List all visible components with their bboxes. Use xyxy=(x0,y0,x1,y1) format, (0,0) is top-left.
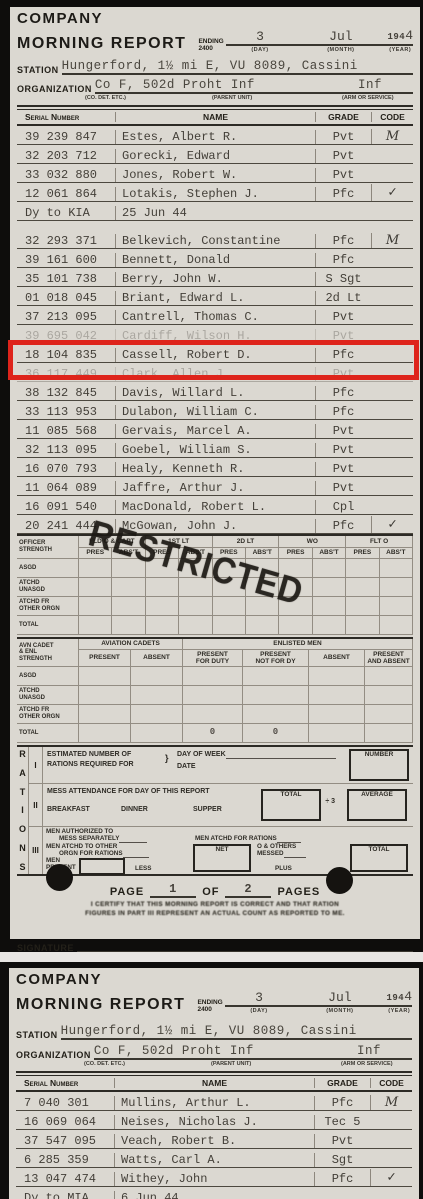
rations-rail-letter: S xyxy=(19,862,25,872)
page-number: 1 xyxy=(150,882,196,898)
serial-cell: 39 161 600 xyxy=(17,253,115,267)
roster-header-2: Serial Number NAME GRADE CODE xyxy=(16,1076,412,1092)
certification-line-2: FIGURES IN PART III REPRESENT AN ACTUAL … xyxy=(17,909,413,918)
day-of-week-label: DAY OF WEEK xyxy=(177,751,336,759)
station-value: Hungerford, 1½ mi E, VU 8089, Cassini xyxy=(62,59,413,75)
roster-group-a: 39 239 847Estes, Albert R.PvtM32 203 712… xyxy=(17,126,413,221)
grade-cell: S Sgt xyxy=(315,272,371,286)
signature-row: SIGNATURE xyxy=(17,943,413,952)
organization-service: Inf xyxy=(327,78,413,94)
strength-cell xyxy=(131,705,183,724)
year-sublabel-2: (YEAR) xyxy=(386,1008,412,1014)
serial-cell: 35 101 738 xyxy=(17,272,115,286)
men-authorized-line2: MESS SEPARATELY xyxy=(59,835,147,843)
parent-unit-sublabel: (PARENT UNIT) xyxy=(212,95,252,101)
strength-cell xyxy=(79,705,131,724)
rations-part-3: III MEN AUTHORIZED TO MESS SEPARATELY ME… xyxy=(29,827,413,874)
table-row: 37 547 095Veach, Robert B.Pvt xyxy=(16,1130,412,1149)
strength-cell xyxy=(309,667,365,686)
table-row: 36 117 449Clark, Allen J.Pvt xyxy=(17,363,413,382)
grade-cell: Pvt xyxy=(315,367,371,381)
strength-cell xyxy=(243,667,309,686)
organization-sublabels: (CO. DET. ETC.) (PARENT UNIT) (ARM OR SE… xyxy=(17,94,413,102)
day-sublabel-2: (DAY) xyxy=(225,1008,294,1014)
table-row: 20 241 444McGowan, John J.Pfc✓ xyxy=(17,515,413,534)
name-cell: Goebel, William S. xyxy=(115,443,315,457)
day-value-2: 3 xyxy=(225,991,294,1007)
grade-cell: Pfc xyxy=(315,187,371,201)
strength-cell xyxy=(79,616,112,635)
serial-cell: 11 085 568 xyxy=(17,424,115,438)
officer-group-header: 2D LT xyxy=(213,536,280,548)
part-2-numeral: II xyxy=(29,784,43,826)
name-cell: MacDonald, Robert L. xyxy=(115,500,315,514)
rations-number-box: NUMBER xyxy=(349,749,409,781)
certification-line-1: I CERTIFY THAT THIS MORNING REPORT IS CO… xyxy=(17,900,413,909)
strength-cell xyxy=(365,686,413,705)
report-title-company-2: COMPANY xyxy=(16,971,412,988)
strength-cell xyxy=(365,724,413,743)
strength-cell xyxy=(380,616,413,635)
mess-average-box: AVERAGE xyxy=(347,789,407,821)
serial-cell: Dy to MIA xyxy=(16,1191,114,1199)
divide-by-3: ÷ 3 xyxy=(325,798,335,805)
supper-label: SUPPER xyxy=(193,806,222,813)
organization-value: Co F, 502d Proht Inf xyxy=(95,78,327,94)
strength-cell xyxy=(112,616,145,635)
station-value-2: Hungerford, 1½ mi E, VU 8089, Cassini xyxy=(61,1024,412,1040)
grade-cell: Pvt xyxy=(315,310,371,324)
serial-cell: 01 018 045 xyxy=(17,291,115,305)
name-column-header: NAME xyxy=(115,112,315,122)
report-title-company: COMPANY xyxy=(17,10,413,27)
serial-cell: 38 132 845 xyxy=(17,386,115,400)
code-cell: ✓ xyxy=(371,516,413,533)
strength-cell xyxy=(346,597,379,616)
strength-cell xyxy=(183,705,243,724)
grade-cell: Pfc xyxy=(315,234,371,248)
serial-cell: 39 695 042 xyxy=(17,329,115,343)
table-row: 16 091 540MacDonald, Robert L.Cpl xyxy=(17,496,413,515)
name-cell: Cassell, Robert D. xyxy=(115,348,315,362)
certification-text: I CERTIFY THAT THIS MORNING REPORT IS CO… xyxy=(17,900,413,919)
strength-cell xyxy=(112,578,145,597)
part-3-numeral: III xyxy=(29,827,43,874)
strength-cell xyxy=(79,578,112,597)
aviation-cadets-header: AVIATION CADETS xyxy=(79,639,183,650)
month-value: Jul xyxy=(294,30,387,46)
officer-strength-title: OFFICER STRENGTH xyxy=(17,536,79,559)
strength-cell xyxy=(183,686,243,705)
name-cell: Healy, Kenneth R. xyxy=(115,462,315,476)
serial-cell: 36 117 449 xyxy=(17,367,115,381)
men-authorized-line1: MEN AUTHORIZED TO xyxy=(46,828,113,835)
date-label: DATE xyxy=(177,763,196,770)
name-cell: Clark, Allen J. xyxy=(115,367,315,381)
organization-value-2: Co F, 502d Proht Inf xyxy=(94,1044,326,1060)
grade-cell: Pvt xyxy=(315,424,371,438)
serial-number-column-header: Serial Number xyxy=(17,112,115,122)
table-row: Dy to KIA25 Jun 44 xyxy=(17,202,413,221)
strength-cell xyxy=(131,686,183,705)
year-sublabel: (YEAR) xyxy=(387,47,413,53)
enlisted-men-header: ENLISTED MEN xyxy=(183,639,413,650)
code-cell: ✓ xyxy=(371,184,413,201)
strength-cell xyxy=(309,686,365,705)
date-year-field: 1944 (YEAR) xyxy=(387,29,413,53)
grade-cell: Pfc xyxy=(315,405,371,419)
table-row: 32 203 712Gorecki, EdwardPvt xyxy=(17,145,413,164)
checkmark: ✓ xyxy=(388,185,396,201)
roster-header-1: Serial Number NAME GRADE CODE xyxy=(17,110,413,126)
strength-cell xyxy=(79,686,131,705)
table-row: 11 085 568Gervais, Marcel A.Pvt xyxy=(17,420,413,439)
grade-cell: Pfc xyxy=(315,386,371,400)
grade-cell: Pvt xyxy=(315,168,371,182)
serial-cell: 11 064 089 xyxy=(17,481,115,495)
serial-cell: 7 040 301 xyxy=(16,1096,114,1110)
pres-abst-header: ABS'T xyxy=(313,548,346,559)
morning-report-page-1: COMPANY MORNING REPORT ENDING 2400 3 (DA… xyxy=(0,0,423,952)
station-label: STATION xyxy=(17,65,59,75)
grade-cell: Sgt xyxy=(314,1153,370,1167)
signature-label: SIGNATURE xyxy=(17,943,74,952)
organization-label: ORGANIZATION xyxy=(17,84,92,94)
table-row: 37 213 095Cantrell, Thomas C.Pvt xyxy=(17,306,413,325)
ending-2400-label-2: ENDING 2400 xyxy=(197,1000,222,1013)
officer-group-header: WO xyxy=(279,536,346,548)
strength-cell: 0 xyxy=(243,724,309,743)
strength-cell xyxy=(79,667,131,686)
day-sublabel: (DAY) xyxy=(226,47,295,53)
handwritten-code: M xyxy=(386,233,399,248)
strength-cell xyxy=(365,705,413,724)
serial-cell: 39 239 847 xyxy=(17,130,115,144)
organization-label-2: ORGANIZATION xyxy=(16,1050,91,1060)
month-sublabel: (MONTH) xyxy=(294,47,387,53)
strength-cell: 0 xyxy=(183,724,243,743)
roster-group-b: 32 293 371Belkevich, ConstantinePfcM39 1… xyxy=(17,230,413,534)
strength-cell xyxy=(279,616,312,635)
rations-section: RATIONS I ESTIMATED NUMBER OF RATIONS RE… xyxy=(17,745,413,876)
strength-cell xyxy=(346,578,379,597)
plus-label: PLUS xyxy=(275,865,292,872)
table-row: 6 285 359Watts, Carl A.Sgt xyxy=(16,1149,412,1168)
arm-or-service-sublabel: (ARM OR SERVICE) xyxy=(342,95,394,101)
name-cell: Cantrell, Thomas C. xyxy=(115,310,315,324)
month-value-2: Jul xyxy=(293,991,386,1007)
table-row: 12 061 864Lotakis, Stephen J.Pfc✓ xyxy=(17,183,413,202)
strength-cell xyxy=(346,616,379,635)
checkmark: ✓ xyxy=(387,1170,395,1186)
table-row: 7 040 301Mullins, Arthur L.PfcM xyxy=(16,1092,412,1111)
serial-cell: 32 113 095 xyxy=(17,443,115,457)
strength-cell xyxy=(309,705,365,724)
rations-part-2: II MESS ATTENDANCE FOR DAY OF THIS REPOR… xyxy=(29,784,413,827)
page-label: PAGE xyxy=(110,886,144,898)
serial-cell: 37 547 095 xyxy=(16,1134,114,1148)
grade-cell: Tec 5 xyxy=(314,1115,370,1129)
rations-rail: RATIONS xyxy=(17,747,29,874)
rations-net-box: NET xyxy=(193,844,251,872)
enlisted-subcol-header: PRESENT AND ABSENT xyxy=(365,650,413,667)
roster-spacer xyxy=(17,221,413,230)
grade-cell: Pvt xyxy=(315,149,371,163)
table-row: 33 113 953Dulabon, William C.Pfc xyxy=(17,401,413,420)
serial-cell: 16 070 793 xyxy=(17,462,115,476)
part-1-numeral: I xyxy=(29,747,43,783)
year-typed: 4 xyxy=(405,28,413,43)
name-cell: Davis, Willard L. xyxy=(115,386,315,400)
men-present-box xyxy=(79,858,125,875)
day-value: 3 xyxy=(226,30,295,46)
grade-cell: Pfc xyxy=(315,519,371,533)
hole-punch-right xyxy=(326,867,353,894)
month-sublabel-2: (MONTH) xyxy=(293,1008,386,1014)
grade-cell: Pvt xyxy=(315,443,371,457)
men-atchd-other-line1: MEN ATCHD TO OTHER xyxy=(46,843,117,850)
name-cell: Mullins, Arthur L. xyxy=(114,1096,314,1110)
strength-cell xyxy=(243,686,309,705)
strength-cell xyxy=(246,616,279,635)
name-cell: Briant, Edward L. xyxy=(115,291,315,305)
grade-cell: Pvt xyxy=(315,462,371,476)
pres-abst-header: PRES xyxy=(346,548,379,559)
name-cell: Watts, Carl A. xyxy=(114,1153,314,1167)
messed-label: MESSED xyxy=(257,850,306,858)
serial-cell: 6 285 359 xyxy=(16,1153,114,1167)
serial-cell: 32 293 371 xyxy=(17,234,115,248)
officer-group-header: FLT O xyxy=(346,536,413,548)
mess-attendance-label: MESS ATTENDANCE FOR DAY OF THIS REPORT xyxy=(47,788,210,795)
table-row: 39 695 042Cardiff, Wilson H.Pvt xyxy=(17,325,413,344)
strength-cell xyxy=(131,667,183,686)
page-line: PAGE 1 OF 2 PAGES xyxy=(17,882,413,898)
mess-total-box: TOTAL xyxy=(261,789,321,821)
of-label: OF xyxy=(202,886,219,898)
strength-row-label: ASGD xyxy=(17,559,79,578)
grade-cell: Pvt xyxy=(315,130,371,144)
report-title-morning-report-2: MORNING REPORT xyxy=(16,996,185,1014)
ending-2400-label: ENDING 2400 xyxy=(198,39,223,52)
table-row: 18 104 835Cassell, Robert D.Pfc xyxy=(17,344,413,363)
dinner-label: DINNER xyxy=(121,806,148,813)
serial-cell: 16 069 064 xyxy=(16,1115,114,1129)
strength-cell xyxy=(131,724,183,743)
paper-1: COMPANY MORNING REPORT ENDING 2400 3 (DA… xyxy=(10,7,420,939)
year-printed-2: 194 xyxy=(386,993,404,1003)
less-label: LESS xyxy=(135,865,151,872)
year-typed-2: 4 xyxy=(404,989,412,1004)
name-cell: 6 Jun 44 xyxy=(114,1191,314,1199)
strength-row-label: ATCHD UNASGD xyxy=(17,578,79,597)
table-row: 32 293 371Belkevich, ConstantinePfcM xyxy=(17,230,413,249)
rations-estimated-line2: RATIONS REQUIRED FOR xyxy=(47,761,134,768)
strength-cell xyxy=(112,597,145,616)
serial-cell: 33 032 880 xyxy=(17,168,115,182)
strength-cell xyxy=(313,597,346,616)
rations-part-1: I ESTIMATED NUMBER OF RATIONS REQUIRED F… xyxy=(29,747,413,784)
rations-rail-letter: N xyxy=(19,843,26,853)
grade-cell: Pvt xyxy=(314,1134,370,1148)
strength-cell xyxy=(79,559,112,578)
strength-cell xyxy=(79,597,112,616)
grade-cell: Pfc xyxy=(314,1096,370,1110)
table-row: 16 069 064Neises, Nicholas J.Tec 5 xyxy=(16,1111,412,1130)
strength-cell xyxy=(243,705,309,724)
o-and-others-label: O & OTHERS xyxy=(257,843,296,850)
grade-cell: Pvt xyxy=(315,481,371,495)
strength-cell xyxy=(79,724,131,743)
name-cell: Lotakis, Stephen J. xyxy=(115,187,315,201)
strength-cell xyxy=(146,616,179,635)
name-cell: Gervais, Marcel A. xyxy=(115,424,315,438)
men-atchd-other-line2: ORGN FOR RATIONS xyxy=(59,850,149,858)
rations-rail-letter: A xyxy=(19,768,26,778)
table-row: 11 064 089Jaffre, Arthur J.Pvt xyxy=(17,477,413,496)
strength-cell xyxy=(213,616,246,635)
name-cell: Veach, Robert B. xyxy=(114,1134,314,1148)
strength-cell xyxy=(213,597,246,616)
serial-cell: 13 047 474 xyxy=(16,1172,114,1186)
strength-row-label: ATCHD FR OTHER ORGN xyxy=(17,705,79,724)
name-cell: Dulabon, William C. xyxy=(115,405,315,419)
grade-cell: Pfc xyxy=(315,253,371,267)
pres-abst-header: PRES xyxy=(279,548,312,559)
table-row: 33 032 880Jones, Robert W.Pvt xyxy=(17,164,413,183)
rations-rail-letter: I xyxy=(21,805,24,815)
date-day-field: 3 (DAY) xyxy=(226,30,295,53)
serial-cell: 18 104 835 xyxy=(17,348,115,362)
enlisted-subcol-header: ABSENT xyxy=(309,650,365,667)
name-cell: Jones, Robert W. xyxy=(115,168,315,182)
serial-cell: 32 203 712 xyxy=(17,149,115,163)
serial-cell: 12 061 864 xyxy=(17,187,115,201)
serial-cell: 37 213 095 xyxy=(17,310,115,324)
report-title-morning-report: MORNING REPORT xyxy=(17,35,186,53)
name-cell: Gorecki, Edward xyxy=(115,149,315,163)
men-atchd-for-rations: MEN ATCHD FOR RATIONS xyxy=(195,835,301,843)
strength-cell xyxy=(380,597,413,616)
grade-cell: Pfc xyxy=(314,1172,370,1186)
grade-cell: Pfc xyxy=(315,348,371,362)
code-cell: M xyxy=(371,129,413,144)
enlisted-subcol-header: ABSENT xyxy=(131,650,183,667)
station-label-2: STATION xyxy=(16,1030,58,1040)
organization-sublabels-2: (CO. DET. ETC.) (PARENT UNIT) (ARM OR SE… xyxy=(16,1060,412,1068)
name-cell: Estes, Albert R. xyxy=(115,130,315,144)
table-row: 39 161 600Bennett, DonaldPfc xyxy=(17,249,413,268)
strength-row-label: ATCHD UNASGD xyxy=(17,686,79,705)
strength-cell xyxy=(179,597,212,616)
strength-cell xyxy=(313,578,346,597)
table-row: Dy to MIA6 Jun 44 xyxy=(16,1187,412,1199)
year-printed: 194 xyxy=(387,32,405,42)
roster-page-2: 7 040 301Mullins, Arthur L.PfcM16 069 06… xyxy=(16,1092,412,1199)
signature-line xyxy=(77,951,413,952)
strength-cell xyxy=(146,597,179,616)
rations-rail-letter: T xyxy=(20,787,26,797)
name-cell: Withey, John xyxy=(114,1172,314,1186)
morning-report-page-2: COMPANY MORNING REPORT ENDING 2400 3 (DA… xyxy=(0,962,423,1199)
strength-row-label: ATCHD FR OTHER ORGN xyxy=(17,597,79,616)
enlisted-subcol-header: PRESENT FOR DUTY xyxy=(183,650,243,667)
strength-cell xyxy=(313,559,346,578)
strength-cell xyxy=(313,616,346,635)
name-cell: Belkevich, Constantine xyxy=(115,234,315,248)
table-row: 13 047 474Withey, JohnPfc✓ xyxy=(16,1168,412,1187)
strength-row-label: TOTAL xyxy=(17,724,79,743)
table-row: 32 113 095Goebel, William S.Pvt xyxy=(17,439,413,458)
code-cell: ✓ xyxy=(370,1169,412,1186)
enlisted-subcol-header: PRESENT xyxy=(79,650,131,667)
strength-cell xyxy=(146,578,179,597)
hole-punch-left xyxy=(46,864,73,891)
pres-abst-header: ABS'T xyxy=(380,548,413,559)
enlisted-subcol-header: PRESENT NOT FOR DY xyxy=(243,650,309,667)
name-cell: Bennett, Donald xyxy=(115,253,315,267)
strength-cell xyxy=(179,616,212,635)
organization-service-2: Inf xyxy=(326,1044,412,1060)
rations-estimated-line1: ESTIMATED NUMBER OF xyxy=(47,751,131,758)
code-column-header: CODE xyxy=(371,112,413,122)
pages-label: PAGES xyxy=(277,886,320,898)
serial-cell: 16 091 540 xyxy=(17,500,115,514)
rations-total-box: TOTAL xyxy=(350,844,408,872)
checkmark: ✓ xyxy=(388,517,396,533)
handwritten-code: M xyxy=(385,1095,398,1110)
name-cell: 25 Jun 44 xyxy=(115,206,315,220)
strength-cell xyxy=(183,667,243,686)
strength-row-label: TOTAL xyxy=(17,616,79,635)
table-row: 39 239 847Estes, Albert R.PvtM xyxy=(17,126,413,145)
rations-rail-letter: O xyxy=(19,824,26,834)
table-row: 16 070 793Healy, Kenneth R.Pvt xyxy=(17,458,413,477)
name-cell: Cardiff, Wilson H. xyxy=(115,329,315,343)
handwritten-code: M xyxy=(386,129,399,144)
avn-cadet-title: AVN CADET & ENL STRENGTH xyxy=(17,639,79,667)
grade-column-header: GRADE xyxy=(315,112,371,122)
serial-cell: Dy to KIA xyxy=(17,206,115,220)
strength-cell xyxy=(365,667,413,686)
serial-cell: 33 113 953 xyxy=(17,405,115,419)
grade-cell: Cpl xyxy=(315,500,371,514)
pages-number: 2 xyxy=(225,882,271,898)
table-row: 01 018 045Briant, Edward L.2d Lt xyxy=(17,287,413,306)
grade-cell: Pvt xyxy=(315,329,371,343)
strength-cell xyxy=(309,724,365,743)
strength-cell xyxy=(380,578,413,597)
grade-cell: 2d Lt xyxy=(315,291,371,305)
date-month-field: Jul (MONTH) xyxy=(294,30,387,53)
name-cell: Neises, Nicholas J. xyxy=(114,1115,314,1129)
table-row: 35 101 738Berry, John W.S Sgt xyxy=(17,268,413,287)
name-cell: Berry, John W. xyxy=(115,272,315,286)
table-row: 38 132 845Davis, Willard L.Pfc xyxy=(17,382,413,401)
breakfast-label: BREAKFAST xyxy=(47,806,90,813)
cadet-enlisted-strength-table: AVN CADET & ENL STRENGTHAVIATION CADETSE… xyxy=(17,637,413,743)
paper-2: COMPANY MORNING REPORT ENDING 2400 3 (DA… xyxy=(9,968,419,1199)
strength-row-label: ASGD xyxy=(17,667,79,686)
code-cell: M xyxy=(370,1095,412,1110)
co-det-etc-sublabel: (CO. DET. ETC.) xyxy=(85,95,126,101)
name-cell: Jaffre, Arthur J. xyxy=(115,481,315,495)
strength-cell xyxy=(380,559,413,578)
rations-rail-letter: R xyxy=(19,749,26,759)
code-cell: M xyxy=(371,233,413,248)
strength-cell xyxy=(346,559,379,578)
